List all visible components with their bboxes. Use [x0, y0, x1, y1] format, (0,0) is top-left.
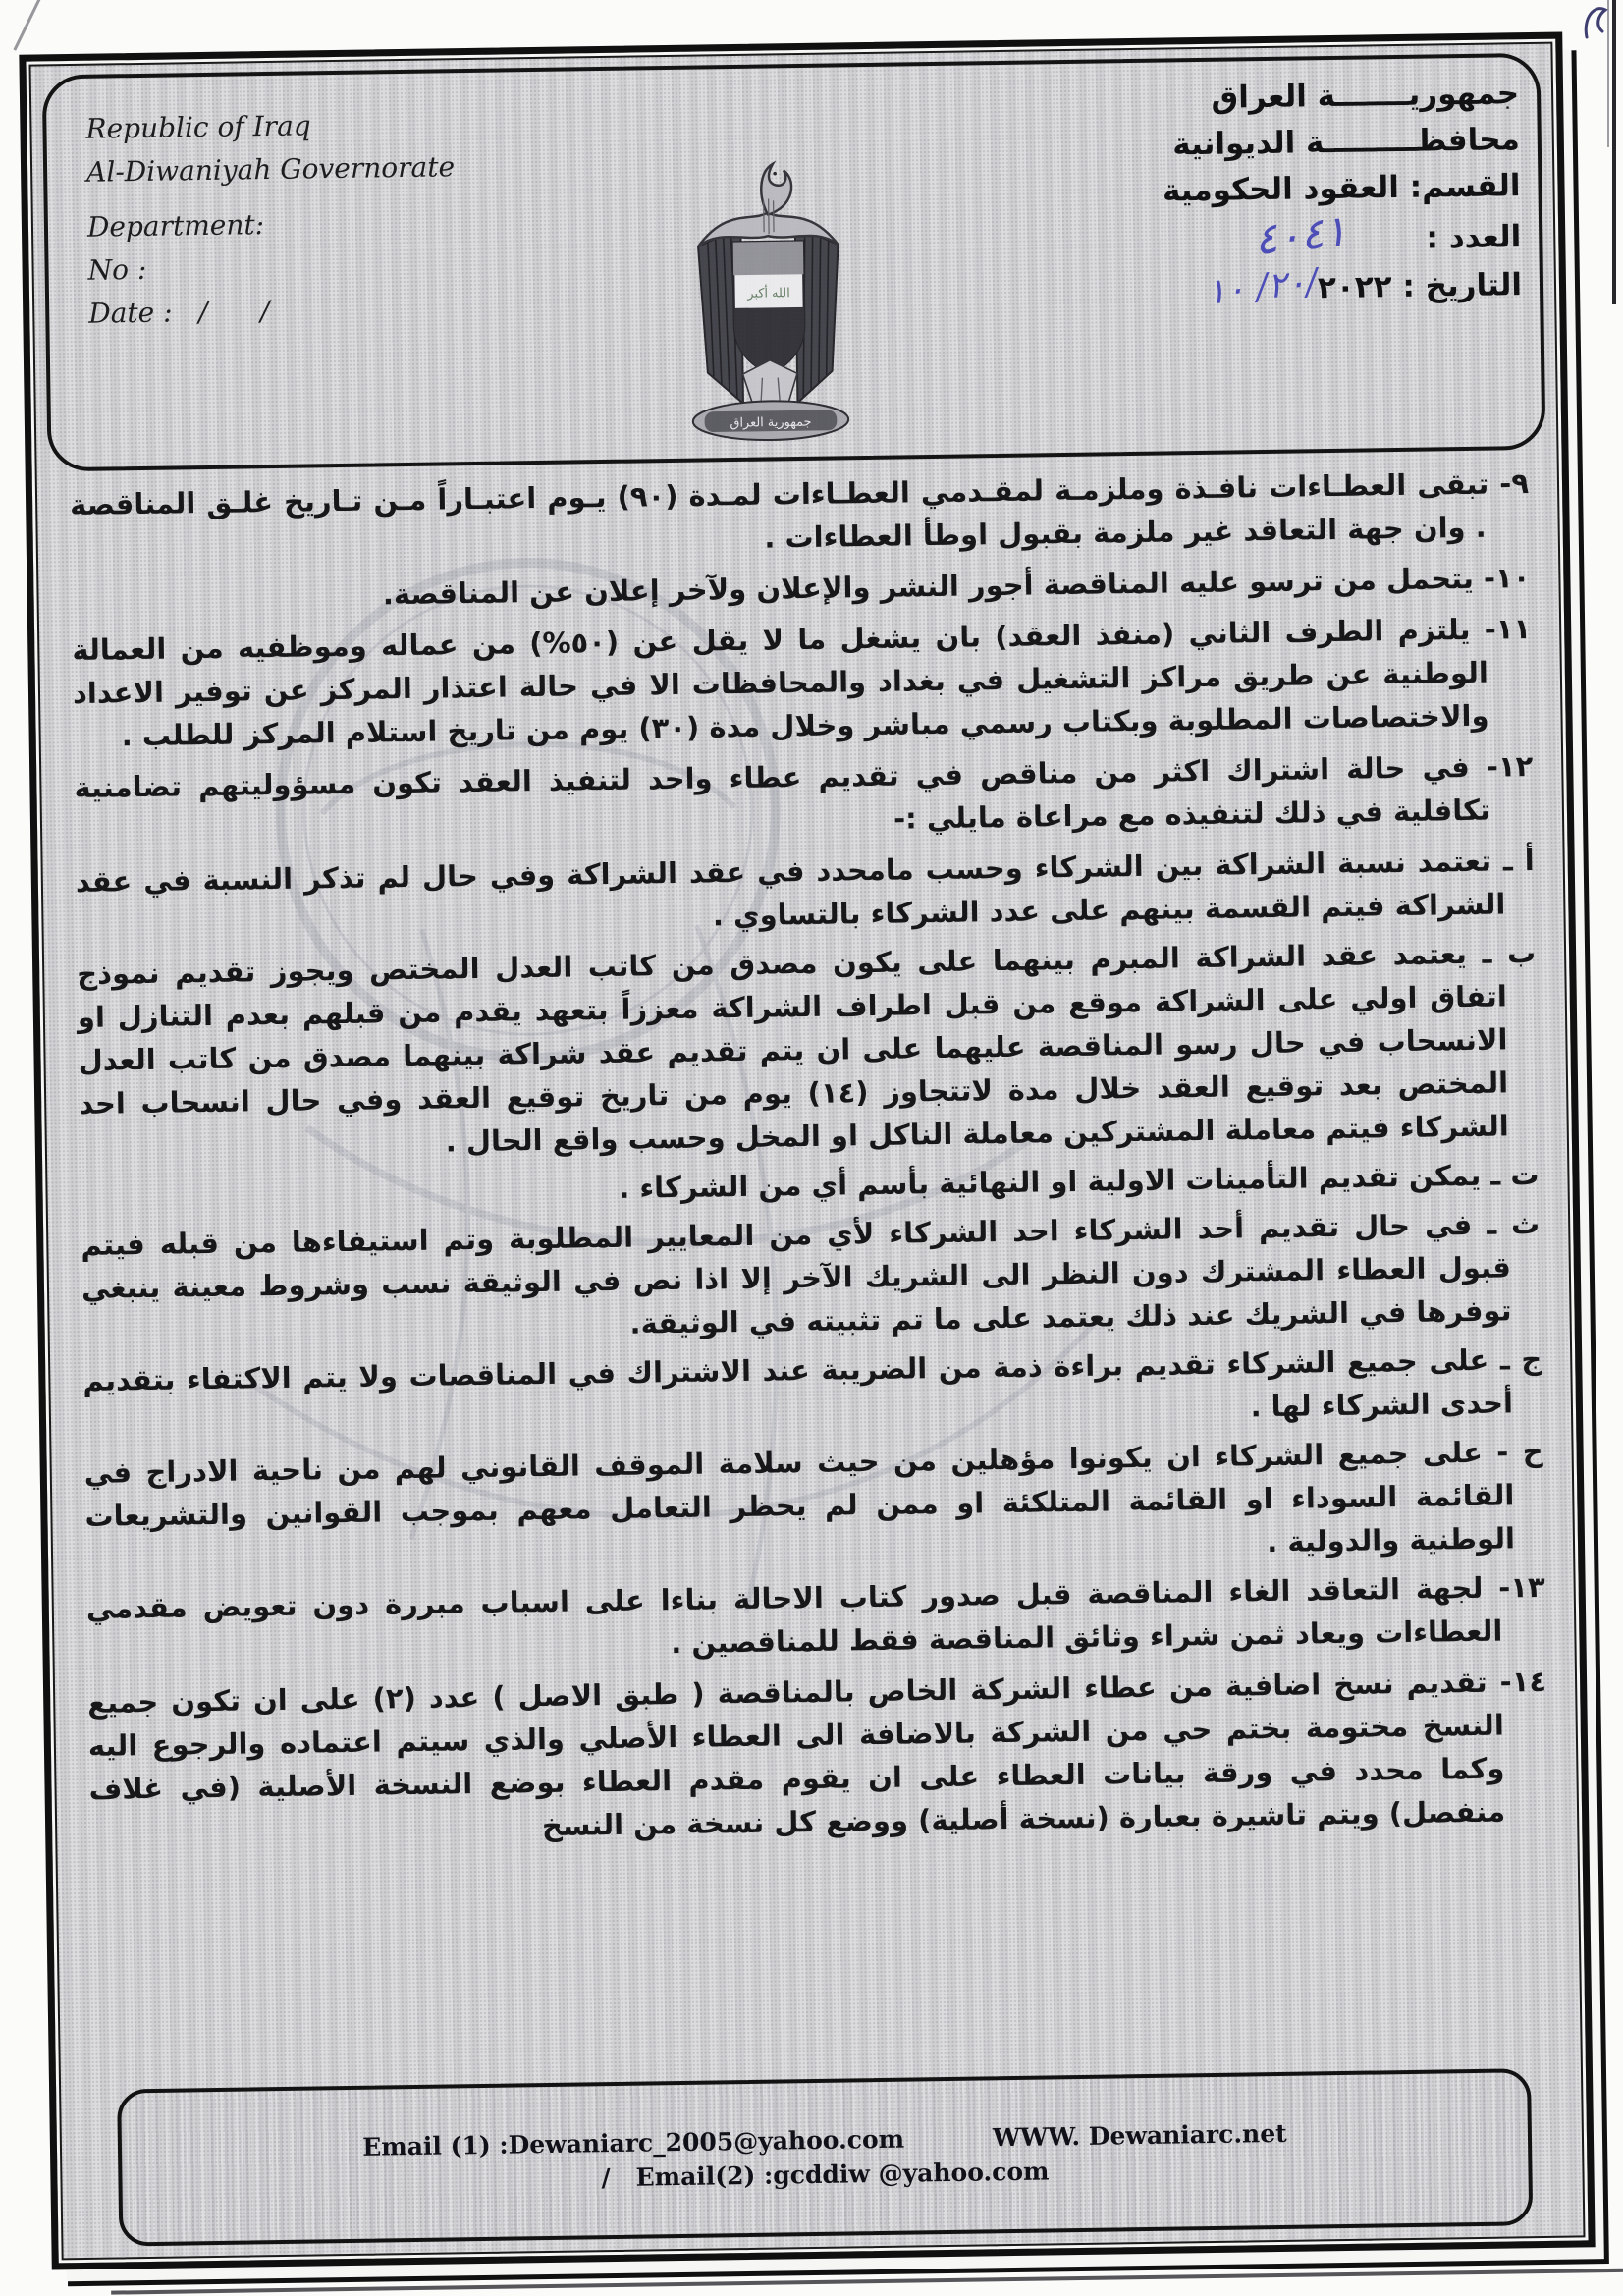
header-english: Republic of Iraq Al-Diwaniyah Governorat… — [85, 102, 457, 336]
footer-line1: Email (1) :Dewaniarc_2005@yahoo.com WWW.… — [362, 2119, 1287, 2161]
page-corner-crease — [13, 0, 40, 51]
clause-13: ١٣- لجهة التعاقد الغاء المناقصة قبل صدور… — [86, 1565, 1546, 1673]
date-year-printed: ٢٠٢٢ — [1318, 269, 1392, 305]
date-value: ٢٠/ ١٠/٢٠٢٢ — [1207, 269, 1392, 307]
iraq-coat-of-arms: الله أكبر جمهورية العراق — [670, 149, 868, 447]
clause-12-a: أ ـ تعتمد نسبة الشراكة بين الشركاء وحسب … — [76, 839, 1536, 947]
number-line-ar: العدد : ٤٠٤١ — [1163, 209, 1521, 265]
clause-12-th: ث ـ في حال تقديم أحد الشركاء احد الشركاء… — [81, 1202, 1542, 1353]
scan-edge-line — [1612, 0, 1616, 304]
website-text: WWW. Dewaniarc.net — [993, 2119, 1287, 2152]
scanned-sheet: Republic of Iraq Al-Diwaniyah Governorat… — [19, 31, 1595, 2269]
email2-text: Email(2) :gcddiw @yahoo.com — [635, 2157, 1049, 2191]
clause-12-b: ب ـ يعتمد عقد الشراكة المبرم بينهما على … — [77, 931, 1539, 1169]
emblem-banner: جمهورية العراق — [730, 415, 811, 431]
clause-12: ١٢- في حالة اشتراك اكثر من مناقص في تقدي… — [74, 744, 1534, 852]
clause-9: ٩- تبقى العطـاءات نافـذة وملزمـة لمقـدمي… — [70, 462, 1530, 570]
date-label-en: Date : — [88, 296, 173, 329]
number-value-handwritten: ٤٠٤١ — [1252, 208, 1349, 263]
footer-line2: / Email(2) :gcddiw @yahoo.com — [601, 2157, 1049, 2192]
header-arabic: جمهوريـــــــة العراق محافظـــــــــة ال… — [1161, 71, 1522, 313]
date-day-month-handwritten: ٢٠/ ١٠/ — [1205, 258, 1320, 315]
shield-script: الله أكبر — [746, 284, 790, 301]
clause-14: ١٤- تقديم نسخ اضافية من عطاء الشركة الخا… — [87, 1660, 1548, 1854]
country-name-en: Republic of Iraq — [85, 102, 455, 151]
document-frame: Republic of Iraq Al-Diwaniyah Governorat… — [19, 31, 1595, 2269]
number-label-en: No : — [87, 244, 457, 293]
department-label-en: Department: — [87, 200, 457, 249]
body-clauses: ٩- تبقى العطـاءات نافـذة وملزمـة لمقـدمي… — [70, 462, 1549, 1862]
scanned-document-page: { "colors":{"ink":"#17171a","pen_blue":"… — [0, 0, 1623, 2296]
clause-12-h: ح - على جميع الشركاء ان يكونوا مؤهلين من… — [83, 1430, 1544, 1581]
date-line-ar: التاريخ : ٢٠/ ١٠/٢٠٢٢ — [1163, 260, 1522, 313]
email1-text: Email (1) :Dewaniarc_2005@yahoo.com — [362, 2125, 904, 2161]
country-name-ar: جمهوريـــــــة العراق — [1161, 71, 1519, 122]
header-box: Republic of Iraq Al-Diwaniyah Governorat… — [42, 53, 1546, 472]
date-blank-slashes: / / — [172, 295, 269, 328]
clause-11: ١١- يلتزم الطرف الثاني (منفذ العقد) بان … — [72, 607, 1533, 758]
number-label-ar: العدد : — [1426, 219, 1521, 255]
footer-contact-box: Email (1) :Dewaniarc_2005@yahoo.com WWW.… — [117, 2068, 1533, 2246]
governorate-name-ar: محافظـــــــــة الديوانية — [1162, 117, 1520, 168]
pen-mark-icon — [1579, 0, 1618, 43]
date-line-en: Date : / / — [88, 287, 458, 336]
footer-slash: / — [601, 2163, 611, 2192]
date-label-ar: التاريخ : — [1402, 267, 1522, 304]
governorate-name-en: Al-Diwaniyah Governorate — [86, 145, 456, 194]
clause-12-j: ج ـ على جميع الشركاء تقديم براءة ذمة من … — [82, 1338, 1542, 1446]
next-page-edge-line — [111, 2269, 1623, 2295]
